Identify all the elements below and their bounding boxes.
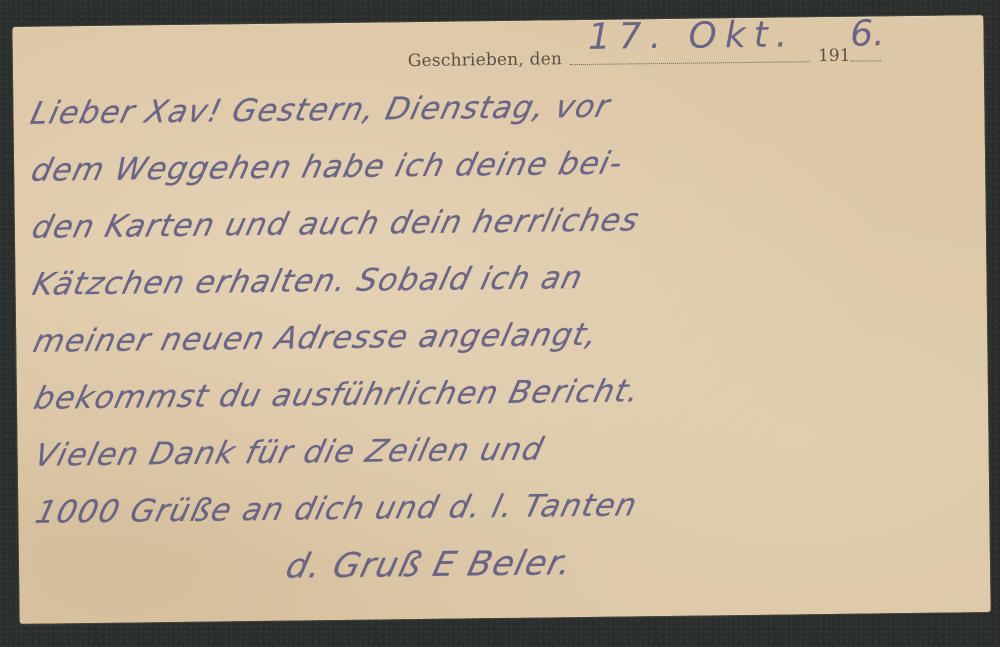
year-field: 6. xyxy=(850,20,880,61)
postcard: Geschrieben, den 17. Okt. 191 6. Lieber … xyxy=(12,15,990,624)
handwritten-message: Lieber Xav! Gestern, Dienstag, vor dem W… xyxy=(31,73,980,597)
handwritten-date: 17. Okt. xyxy=(588,14,796,58)
handwritten-year-digit: 6. xyxy=(850,13,885,54)
date-field: 17. Okt. xyxy=(570,21,810,65)
signature: d. Gruß E Beler. xyxy=(30,529,986,598)
